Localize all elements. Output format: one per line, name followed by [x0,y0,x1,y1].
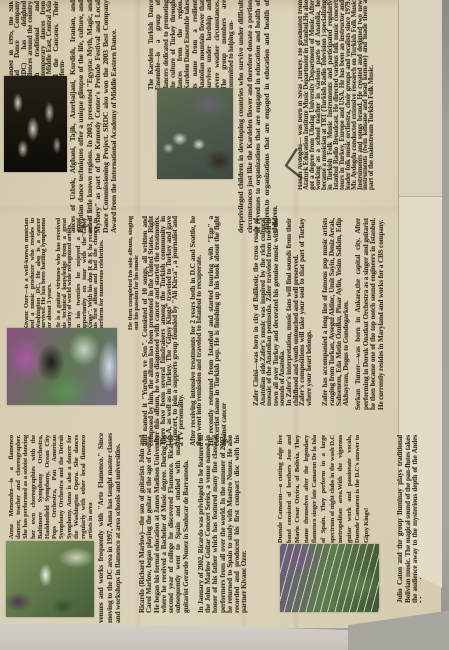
bio-text: ances of Uzbek, Afghani, Tajik, Azerbaij… [69,0,119,233]
bio-text: Duende Camaron—a cutting edge live band … [277,435,372,543]
bio-text: He then completed his solo album, singin… [128,216,140,330]
bio-text: The Kardelen Turkish Dance Ensemble—is a… [148,0,236,90]
bio-text: Ricardo (Richard Marlow)—the son of guit… [139,435,190,613]
bio-text: He recently returned from Istanbul and s… [208,216,226,446]
fold-upper-shade [399,0,442,196]
bio-text: Julio Caton and the group Iluminay plays… [397,435,421,603]
kivanc-ozer-photo [7,328,117,405]
bio-text: In January of 2002, Ricardo was privileg… [198,435,249,613]
ricardo-marlow-bio: Ricardo (Richard Marlow)—the son of guit… [139,435,256,613]
silk-road-bio-part2: ances of Uzbek, Afghani, Tajik, Azerbaij… [69,0,136,233]
zafer-bio-column1: Zafer Cinisi—was born in city of Balikes… [253,218,319,406]
julio-caton-bio: Julio Caton and the group Iluminay plays… [397,435,421,603]
serkan-tumer-bio: Serkan Tumer—was born in Ankara,the capi… [355,218,388,410]
bio-text: Anna Menendez—is a flamenco dancer, teac… [8,435,94,539]
bio-text: Zafer has accompanied a long line of fam… [322,218,350,406]
kardelen-ensemble-photo [157,88,233,179]
kardelen-bio-part2: derprivileged children in developing cou… [237,0,292,233]
bio-text: derprivileged children in developing cou… [237,0,280,233]
kivanc-ozer-bio-column2: and named it "Yurdum ve Sen". Consisted … [142,216,238,446]
kivanc-ozer-bio-column1: Kivanc Ozer—is a well-known musician and… [24,218,116,330]
bio-text: venues and works frequently with "Arte F… [97,433,123,623]
hasan-aydogdu-bio: Hasan Aydogdu— was born in Sivas ,Turkey… [298,0,388,190]
bio-text: After receiving intensive treatments for… [190,216,202,446]
row-gap-shadow [0,204,400,214]
zafer-bio-column2: Zafer has accompanied a long line of fam… [322,218,353,406]
bio-text: Serkan Tumer—was born in Ankara,the capi… [355,218,385,410]
bio-text: and named it "Yurdum ve Sen". Consisted … [142,216,184,446]
handwritten-checkmark-icon [279,146,305,184]
bio-text: He is a guitar virtuoso who has received… [56,218,73,330]
bio-text: Zafer's compositions will take your soul… [299,218,312,406]
duende-camaron-guitar-photo [280,544,379,612]
fold-crease-line [399,196,442,197]
bio-text: Founded in 1995, the Silk Road Dance Com… [9,1,67,85]
kardelen-bio-part1: The Kardelen Turkish Dance Ensemble—is a… [148,0,237,90]
anna-menendez-bio-part2: venues and works frequently with "Arte F… [97,433,133,623]
bio-text: Kivanc Ozer—is a well-known musician and… [24,218,53,330]
duende-camaron-bio: Duende Camaron—a cutting edge live band … [277,435,373,543]
bio-text: Zafer Cinisi—was born in city of Balikes… [253,218,286,406]
kivanc-ozer-bio-wrap-lines: He then completed his solo album, singin… [128,216,141,330]
bio-text: Hasan Aydogdu— was born in Sivas ,Turkey… [298,0,375,190]
bio-text: In his twenties he enjoyed a great oppor… [76,218,105,330]
anna-menendez-photo [6,541,94,617]
scanner-background-right [441,0,449,650]
silk-road-bio-part1: Founded in 1995, the Silk Road Dance Com… [9,1,67,85]
scanned-page: Founded in 1995, the Silk Road Dance Com… [0,0,449,650]
silk-road-dancers-photo [4,76,67,172]
anna-menendez-bio-part1: Anna Menendez—is a flamenco dancer, teac… [8,435,96,539]
